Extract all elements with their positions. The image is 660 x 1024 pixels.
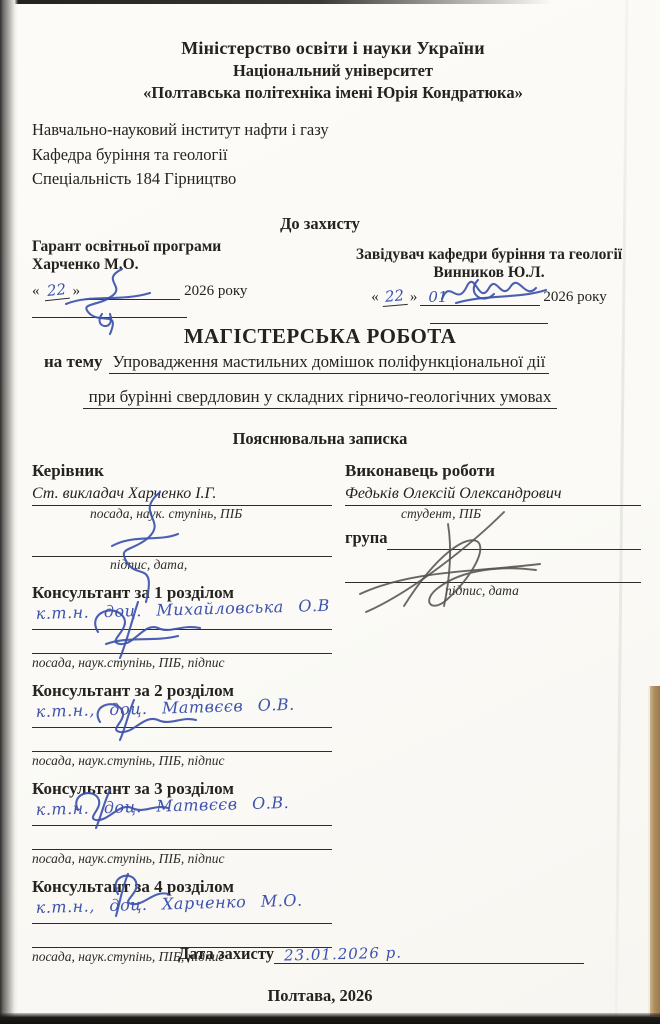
- consultant-1-handwritten-line: к.т.н. доц. Михайловська О.В: [32, 604, 332, 630]
- consultant-2-handwritten-line: к.т.н., доц. Матвєєв О.В.: [32, 702, 332, 728]
- group-blank-line: [387, 531, 641, 550]
- scanned-document-page: Міністерство освіти і науки України Наці…: [0, 0, 660, 1024]
- close-quote: »: [410, 288, 418, 306]
- topic-line-1: на темуУпровадження мастильних домішок п…: [44, 352, 634, 372]
- thesis-type-title: МАГІСТЕРСЬКА РОБОТА: [0, 324, 640, 349]
- ministry-line: Міністерство освіти і науки України: [20, 38, 646, 59]
- department-line: Кафедра буріння та геології: [32, 143, 329, 168]
- guarantor-block: Гарант освітньої програми Харченко М.О. …: [32, 238, 322, 318]
- guarantor-day-handwritten: 22: [43, 280, 70, 302]
- head-name: Винников Ю.Л.: [338, 264, 640, 282]
- head-day-handwritten: 22: [381, 286, 408, 307]
- topic-line-2: при бурінні свердловин у складних гірнич…: [0, 387, 640, 407]
- guarantor-signature-line: [32, 316, 187, 318]
- topic-text-2: при бурінні свердловин у складних гірнич…: [83, 387, 558, 409]
- consultant-block-3: Консультант за 3 розділом к.т.н. доц. Ма…: [32, 778, 332, 867]
- head-date-line: «22» 01 2026 року: [338, 287, 640, 306]
- specialty-line: Спеціальність 184 Гірництво: [32, 167, 329, 192]
- consultant-2-signature-line: [32, 728, 332, 752]
- institute-block: Навчально-науковий інститут нафти і газу…: [32, 118, 329, 192]
- executor-signature-line: [345, 562, 641, 583]
- scan-edge-bottom: [0, 1013, 660, 1024]
- defense-date-row: Дата захисту 23.01.2026 р.: [178, 944, 584, 964]
- left-column: Керівник Ст. викладач Харченко І.Г. поса…: [32, 460, 332, 965]
- supervisor-position-caption: посада, наук. ступінь, ПІБ: [32, 506, 332, 522]
- department-head-block: Завідувач кафедри буріння та геології Ви…: [338, 246, 640, 324]
- university-name-line: «Полтавська політехніка імені Юрія Кондр…: [20, 83, 646, 103]
- blank-month-line: [84, 283, 180, 300]
- head-month-line: 01: [420, 288, 540, 306]
- guarantor-name: Харченко М.О.: [32, 256, 322, 274]
- defense-date-label: Дата захисту: [178, 944, 274, 964]
- scan-edge-top: [0, 0, 580, 4]
- supervisor-label: Керівник: [32, 460, 332, 482]
- on-topic-label: на тему: [44, 352, 103, 371]
- consultant-block-2: Консультант за 2 розділом к.т.н., доц. М…: [32, 680, 332, 769]
- guarantor-date-line: «22» 2026 року: [32, 281, 322, 300]
- to-defense-label: До захисту: [0, 214, 640, 234]
- consultant-3-handwritten-line: к.т.н. доц. Матвєєв О.В.: [32, 800, 332, 826]
- consultant-3-caption: посада, наук.ступінь, ПІБ, підпис: [32, 851, 332, 867]
- university-line: Національний університет: [20, 61, 646, 81]
- desk-background-strip: [648, 686, 660, 1016]
- explanatory-note-subtitle: Пояснювальна записка: [0, 429, 640, 449]
- institute-line: Навчально-науковий інститут нафти і газу: [32, 118, 329, 143]
- consultant-block-1: Консультант за 1 розділом к.т.н. доц. Ми…: [32, 582, 332, 671]
- open-quote: «: [371, 288, 379, 306]
- head-title: Завідувач кафедри буріння та геології: [338, 246, 640, 264]
- scan-edge-left: [0, 0, 18, 1024]
- defense-date-line: 23.01.2026 р.: [274, 944, 584, 964]
- defense-date-handwritten: 23.01.2026 р.: [284, 943, 402, 964]
- group-label: група: [345, 526, 387, 550]
- head-year: 2026 року: [543, 288, 606, 306]
- consultant-2-caption: посада, наук.ступінь, ПІБ, підпис: [32, 753, 332, 769]
- right-column: Виконавець роботи Федьків Олексій Олекса…: [345, 460, 641, 599]
- open-quote: «: [32, 282, 40, 300]
- executor-label: Виконавець роботи: [345, 460, 641, 482]
- executor-sign-caption: підпис, дата: [345, 583, 641, 599]
- topic-text-1: Упровадження мастильних домішок поліфунк…: [109, 352, 550, 374]
- guarantor-year: 2026 року: [184, 282, 247, 300]
- header: Міністерство освіти і науки України Наці…: [20, 38, 646, 103]
- consultant-1-signature-line: [32, 630, 332, 654]
- city-year-line: Полтава, 2026: [0, 986, 640, 1006]
- guarantor-title: Гарант освітньої програми: [32, 238, 322, 256]
- group-row: група: [345, 526, 641, 550]
- close-quote: »: [73, 282, 81, 300]
- consultant-1-caption: посада, наук.ступінь, ПІБ, підпис: [32, 655, 332, 671]
- consultant-3-signature-line: [32, 826, 332, 850]
- executor-value: Федьків Олексій Олександрович: [345, 482, 641, 506]
- executor-student-caption: студент, ПІБ: [345, 506, 641, 522]
- supervisor-signature-line: [32, 536, 332, 557]
- consultant-4-handwritten-line: к.т.н., доц. Харченко М.О.: [32, 898, 332, 924]
- head-month-handwritten: 01: [428, 288, 447, 306]
- supervisor-sign-caption: підпис, дата,: [32, 557, 332, 573]
- supervisor-value: Ст. викладач Харченко І.Г.: [32, 482, 332, 506]
